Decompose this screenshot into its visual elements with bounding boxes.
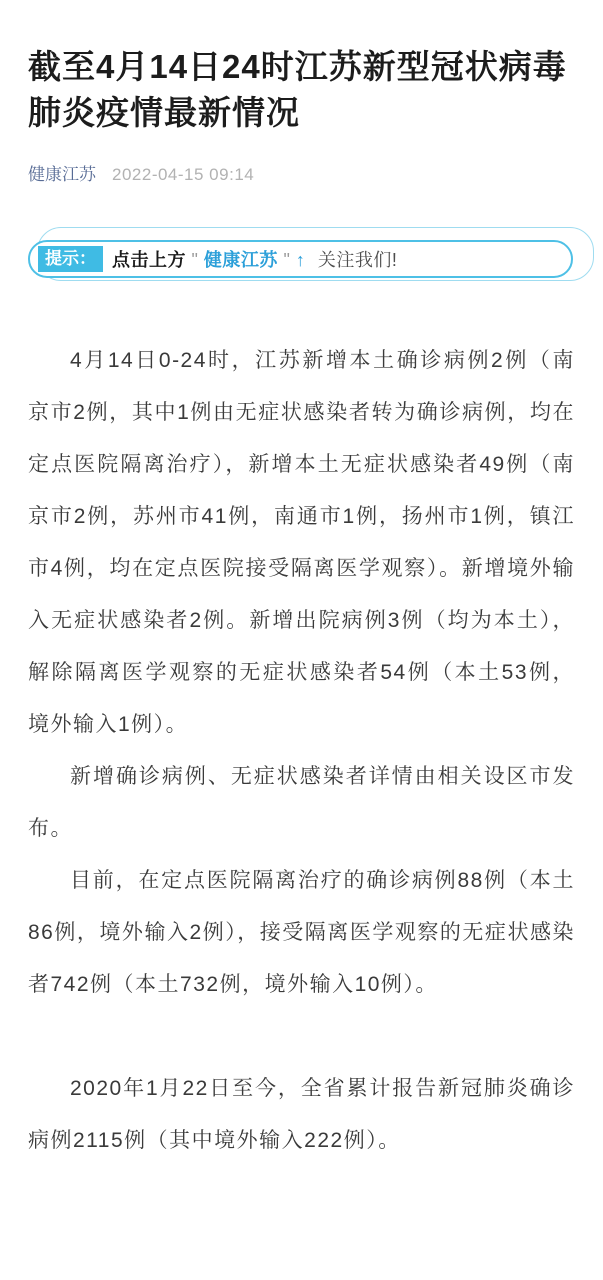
banner-text: 点击上方 " 健康江苏 " ↑ 关注我们! [112, 246, 397, 272]
author-link[interactable]: 健康江苏 [28, 160, 96, 185]
paragraph-cumulative-total: 2020年1月22日至今，全省累计报告新冠肺炎确诊病例2115例（其中境外输入2… [28, 1063, 575, 1167]
quote-close: " [283, 250, 290, 270]
banner-suffix: 关注我们! [318, 250, 398, 270]
quote-open: " [192, 250, 199, 270]
paragraph-details-release: 新增确诊病例、无症状感染者详情由相关设区市发布。 [28, 751, 575, 855]
banner-prefix: 点击上方 [112, 250, 186, 270]
paragraph-current-status: 目前，在定点医院隔离治疗的确诊病例88例（本土86例，境外输入2例），接受隔离医… [28, 855, 575, 1011]
article-title: 截至4月14日24时江苏新型冠状病毒肺炎疫情最新情况 [28, 44, 575, 136]
paragraph-new-cases: 4月14日0-24时，江苏新增本土确诊病例2例（南京市2例，其中1例由无症状感染… [28, 335, 575, 751]
article-page: 截至4月14日24时江苏新型冠状病毒肺炎疫情最新情况 健康江苏 2022-04-… [0, 0, 603, 1207]
up-arrow-icon: ↑ [296, 250, 306, 270]
publish-date: 2022-04-15 09:14 [112, 165, 254, 185]
tip-label: 提示： [38, 246, 103, 272]
banner-pill: 提示： 点击上方 " 健康江苏 " ↑ 关注我们! [28, 240, 573, 278]
article-meta: 健康江苏 2022-04-15 09:14 [28, 160, 575, 185]
article-body: 4月14日0-24时，江苏新增本土确诊病例2例（南京市2例，其中1例由无症状感染… [28, 335, 575, 1167]
follow-banner[interactable]: 提示： 点击上方 " 健康江苏 " ↑ 关注我们! [0, 227, 603, 283]
account-name-link[interactable]: 健康江苏 [204, 250, 278, 270]
